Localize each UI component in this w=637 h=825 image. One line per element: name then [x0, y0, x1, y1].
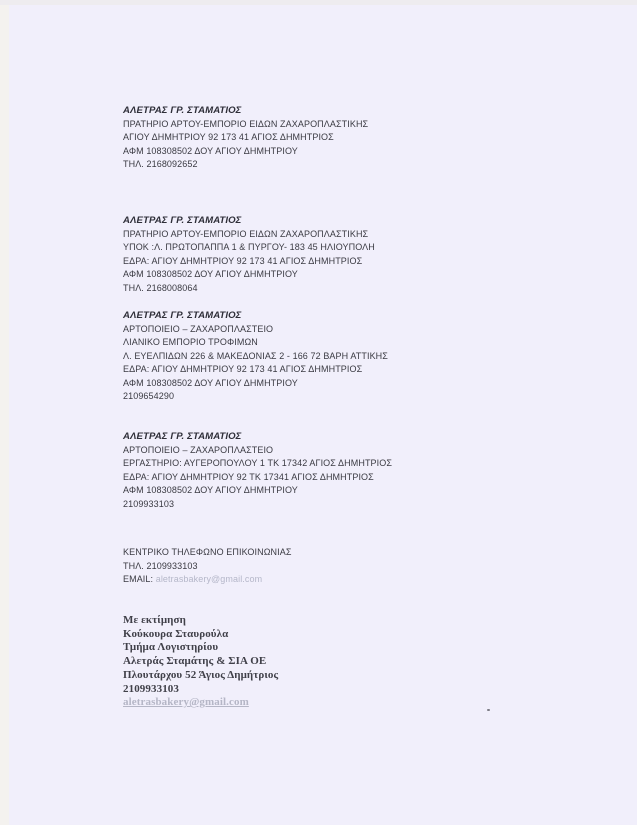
scan-speck — [487, 709, 490, 711]
department: Τμήμα Λογιστηρίου — [123, 641, 278, 655]
signature-email-link[interactable]: aletrasbakery@gmail.com — [123, 696, 278, 710]
branch-address: ΥΠΟΚ :Λ. ΠΡΩΤΟΠΑΠΠΑ 1 & ΠΥΡΓΟΥ- 183 45 Η… — [123, 241, 375, 255]
contact-title: ΚΕΝΤΡΙΚΟ ΤΗΛΕΦΩΝΟ ΕΠΙΚΟΙΝΩΝΙΑΣ — [123, 546, 292, 560]
company-name: Αλετράς Σταμάτης & ΣΙΑ ΟΕ — [123, 655, 278, 669]
business-block-3: ΑΛΕΤΡΑΣ ΓΡ. ΣΤΑΜΑΤΙΟΣ ΑΡΤΟΠΟΙΕΙΟ – ΖΑΧΑΡ… — [123, 309, 388, 404]
contact-phone: ΤΗΛ. 2109933103 — [123, 560, 292, 574]
signature-phone: 2109933103 — [123, 683, 278, 697]
workshop-address: ΕΡΓΑΣΤΗΡΙΟ: ΑΥΓΕΡΟΠΟΥΛΟΥ 1 ΤΚ 17342 ΑΓΙΟ… — [123, 457, 392, 471]
headquarters-address: ΕΔΡΑ: ΑΓΙΟΥ ΔΗΜΗΤΡΙΟΥ 92 173 41 ΑΓΙΟΣ ΔΗ… — [123, 255, 375, 269]
scanned-document-page: ΑΛΕΤΡΑΣ ΓΡ. ΣΤΑΜΑΤΙΟΣ ΠΡΑΤΗΡΙΟ ΑΡΤΟΥ-ΕΜΠ… — [0, 0, 637, 825]
tax-id: ΑΦΜ 108308502 ΔΟΥ ΑΓΙΟΥ ΔΗΜΗΤΡΙΟΥ — [123, 484, 392, 498]
owner-name: ΑΛΕΤΡΑΣ ΓΡ. ΣΤΑΜΑΤΙΟΣ — [123, 430, 392, 444]
business-type: ΠΡΑΤΗΡΙΟ ΑΡΤΟΥ-ΕΜΠΟΡΙΟ ΕΙΔΩΝ ΖΑΧΑΡΟΠΛΑΣΤ… — [123, 228, 375, 242]
headquarters-address: ΕΔΡΑ: ΑΓΙΟΥ ΔΗΜΗΤΡΙΟΥ 92 173 41 ΑΓΙΟΣ ΔΗ… — [123, 363, 388, 377]
email-link[interactable]: aletrasbakery@gmail.com — [156, 574, 262, 584]
phone: ΤΗΛ. 2168008064 — [123, 282, 375, 296]
business-type: ΑΡΤΟΠΟΙΕΙΟ – ΖΑΧΑΡΟΠΛΑΣΤΕΙΟ — [123, 444, 392, 458]
central-contact-block: ΚΕΝΤΡΙΚΟ ΤΗΛΕΦΩΝΟ ΕΠΙΚΟΙΝΩΝΙΑΣ ΤΗΛ. 2109… — [123, 546, 292, 587]
business-block-4: ΑΛΕΤΡΑΣ ΓΡ. ΣΤΑΜΑΤΙΟΣ ΑΡΤΟΠΟΙΕΙΟ – ΖΑΧΑΡ… — [123, 430, 392, 511]
email-label: EMAIL: — [123, 574, 153, 584]
headquarters-address: ΕΔΡΑ: ΑΓΙΟΥ ΔΗΜΗΤΡΙΟΥ 92 ΤΚ 17341 ΑΓΙΟΣ … — [123, 471, 392, 485]
business-block-2: ΑΛΕΤΡΑΣ ΓΡ. ΣΤΑΜΑΤΙΟΣ ΠΡΑΤΗΡΙΟ ΑΡΤΟΥ-ΕΜΠ… — [123, 214, 375, 295]
owner-name: ΑΛΕΤΡΑΣ ΓΡ. ΣΤΑΜΑΤΙΟΣ — [123, 214, 375, 228]
owner-name: ΑΛΕΤΡΑΣ ΓΡ. ΣΤΑΜΑΤΙΟΣ — [123, 309, 388, 323]
business-type: ΑΡΤΟΠΟΙΕΙΟ – ΖΑΧΑΡΟΠΛΑΣΤΕΙΟ — [123, 323, 388, 337]
business-type: ΠΡΑΤΗΡΙΟ ΑΡΤΟΥ-ΕΜΠΟΡΙΟ ΕΙΔΩΝ ΖΑΧΑΡΟΠΛΑΣΤ… — [123, 118, 368, 132]
address: ΑΓΙΟΥ ΔΗΜΗΤΡΙΟΥ 92 173 41 ΑΓΙΟΣ ΔΗΜΗΤΡΙΟ… — [123, 131, 368, 145]
scan-edge-left — [0, 0, 9, 825]
tax-id: ΑΦΜ 108308502 ΔΟΥ ΑΓΙΟΥ ΔΗΜΗΤΡΙΟΥ — [123, 145, 368, 159]
business-block-1: ΑΛΕΤΡΑΣ ΓΡ. ΣΤΑΜΑΤΙΟΣ ΠΡΑΤΗΡΙΟ ΑΡΤΟΥ-ΕΜΠ… — [123, 104, 368, 172]
business-subtype: ΛΙΑΝΙΚΟ ΕΜΠΟΡΙΟ ΤΡΟΦΙΜΩΝ — [123, 336, 388, 350]
contact-email-row: EMAIL: aletrasbakery@gmail.com — [123, 573, 292, 587]
branch-address: Λ. ΕΥΕΛΠΙΔΩΝ 226 & ΜΑΚΕΔΟΝΙΑΣ 2 - 166 72… — [123, 350, 388, 364]
phone: ΤΗΛ. 2168092652 — [123, 158, 368, 172]
signature-block: Με εκτίμηση Κούκουρα Σταυρούλα Τμήμα Λογ… — [123, 614, 278, 710]
greeting: Με εκτίμηση — [123, 614, 278, 628]
phone: 2109933103 — [123, 498, 392, 512]
scan-edge-top — [0, 0, 637, 5]
owner-name: ΑΛΕΤΡΑΣ ΓΡ. ΣΤΑΜΑΤΙΟΣ — [123, 104, 368, 118]
tax-id: ΑΦΜ 108308502 ΔΟΥ ΑΓΙΟΥ ΔΗΜΗΤΡΙΟΥ — [123, 377, 388, 391]
tax-id: ΑΦΜ 108308502 ΔΟΥ ΑΓΙΟΥ ΔΗΜΗΤΡΙΟΥ — [123, 268, 375, 282]
company-address: Πλουτάρχου 52 Άγιος Δημήτριος — [123, 669, 278, 683]
phone: 2109654290 — [123, 390, 388, 404]
signer-name: Κούκουρα Σταυρούλα — [123, 628, 278, 642]
